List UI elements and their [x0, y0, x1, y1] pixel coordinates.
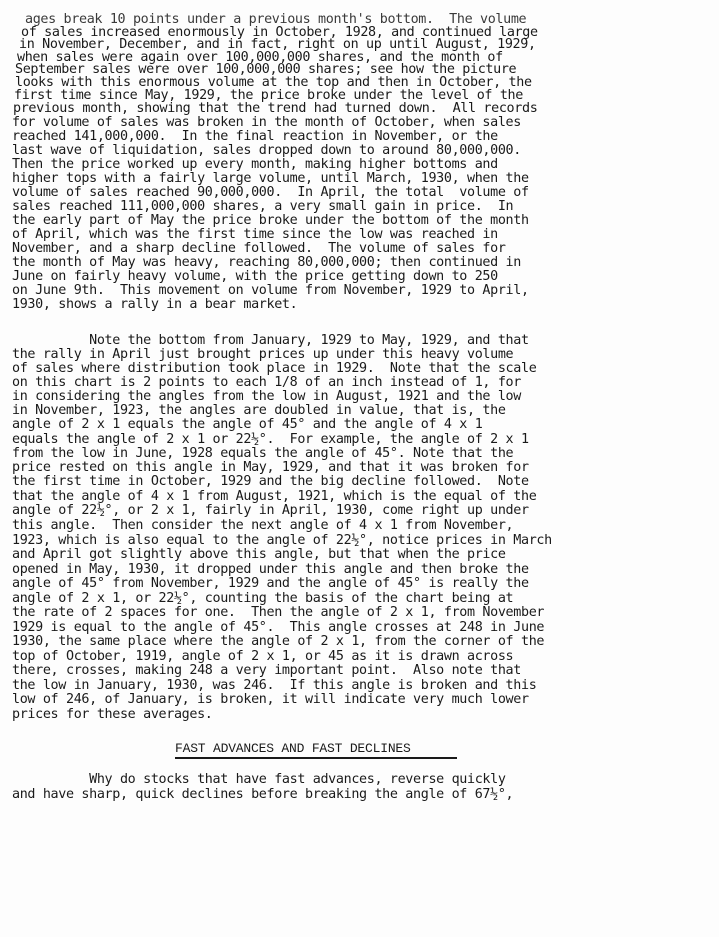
text-line: the early part of May the price broke un…	[12, 214, 529, 228]
text-line: 1930, the same place where the angle of …	[12, 635, 544, 649]
text-line: 1929 is equal to the angle of 45°. This …	[12, 621, 544, 635]
text-line: and April got slightly above this angle,…	[12, 548, 506, 562]
text-line: on June 9th. This movement on volume fro…	[12, 284, 529, 298]
text-line: from the low in June, 1928 equals the an…	[12, 447, 513, 461]
text-line: price rested on this angle in May, 1929,…	[12, 461, 529, 475]
text-line: of sales where distribution took place i…	[12, 362, 536, 376]
text-line: Then the price worked up every month, ma…	[12, 158, 498, 172]
text-line: Note the bottom from January, 1929 to Ma…	[12, 334, 529, 348]
text-line: of April, which was the first time since…	[12, 228, 498, 242]
text-line: higher tops with a fairly large volume, …	[12, 172, 529, 186]
text-line: previous month, showing that the trend h…	[13, 102, 537, 116]
text-line: 1930, shows a rally in a bear market.	[12, 298, 297, 312]
text-line: the month of May was heavy, reaching 80,…	[12, 256, 521, 270]
text-line: Why do stocks that have fast advances, r…	[12, 773, 506, 787]
text-line: top of October, 1919, angle of 2 x 1, or…	[12, 650, 513, 664]
text-line: on this chart is 2 points to each 1/8 of…	[12, 376, 521, 390]
text-line: in considering the angles from the low i…	[12, 390, 521, 404]
text-line: 1923, which is also equal to the angle o…	[12, 534, 552, 548]
text-line: the first time in October, 1929 and the …	[12, 475, 529, 489]
text-line: last wave of liquidation, sales dropped …	[12, 144, 521, 158]
text-line: volume of sales reached 90,000,000. In A…	[12, 186, 529, 200]
document-page: ages break 10 points under a previous mo…	[0, 0, 719, 937]
text-line: this angle. Then consider the next angle…	[12, 519, 513, 533]
text-line: for volume of sales was broken in the mo…	[12, 116, 521, 130]
text-line: in November, 1923, the angles are double…	[12, 404, 506, 418]
text-line: the low in January, 1930, was 246. If th…	[12, 679, 536, 693]
text-line: angle of 45° from November, 1929 and the…	[12, 577, 529, 591]
text-line: reached 141,000,000. In the final reacti…	[12, 130, 498, 144]
text-line: sales reached 111,000,000 shares, a very…	[12, 200, 513, 214]
text-line: the rate of 2 spaces for one. Then the a…	[12, 606, 544, 620]
text-line: opened in May, 1930, it dropped under th…	[12, 563, 529, 577]
text-line: there, crosses, making 248 a very import…	[12, 664, 521, 678]
text-line: angle of 22½°, or 2 x 1, fairly in April…	[12, 504, 529, 518]
heading-underline	[175, 757, 457, 759]
text-line: low of 246, of January, is broken, it wi…	[12, 693, 529, 707]
text-line: and have sharp, quick declines before br…	[12, 788, 513, 802]
text-line: prices for these averages.	[12, 708, 213, 722]
text-line: that the angle of 4 x 1 from August, 192…	[12, 490, 536, 504]
section-heading: FAST ADVANCES AND FAST DECLINES	[175, 742, 411, 756]
text-line: angle of 2 x 1 equals the angle of 45° a…	[12, 418, 482, 432]
text-line: November, and a sharp decline followed. …	[12, 242, 506, 256]
text-line: June on fairly heavy volume, with the pr…	[12, 270, 498, 284]
text-line: the rally in April just brought prices u…	[12, 348, 513, 362]
text-line: equals the angle of 2 x 1 or 22½°. For e…	[12, 433, 529, 447]
text-line: angle of 2 x 1, or 22½°, counting the ba…	[12, 592, 513, 606]
